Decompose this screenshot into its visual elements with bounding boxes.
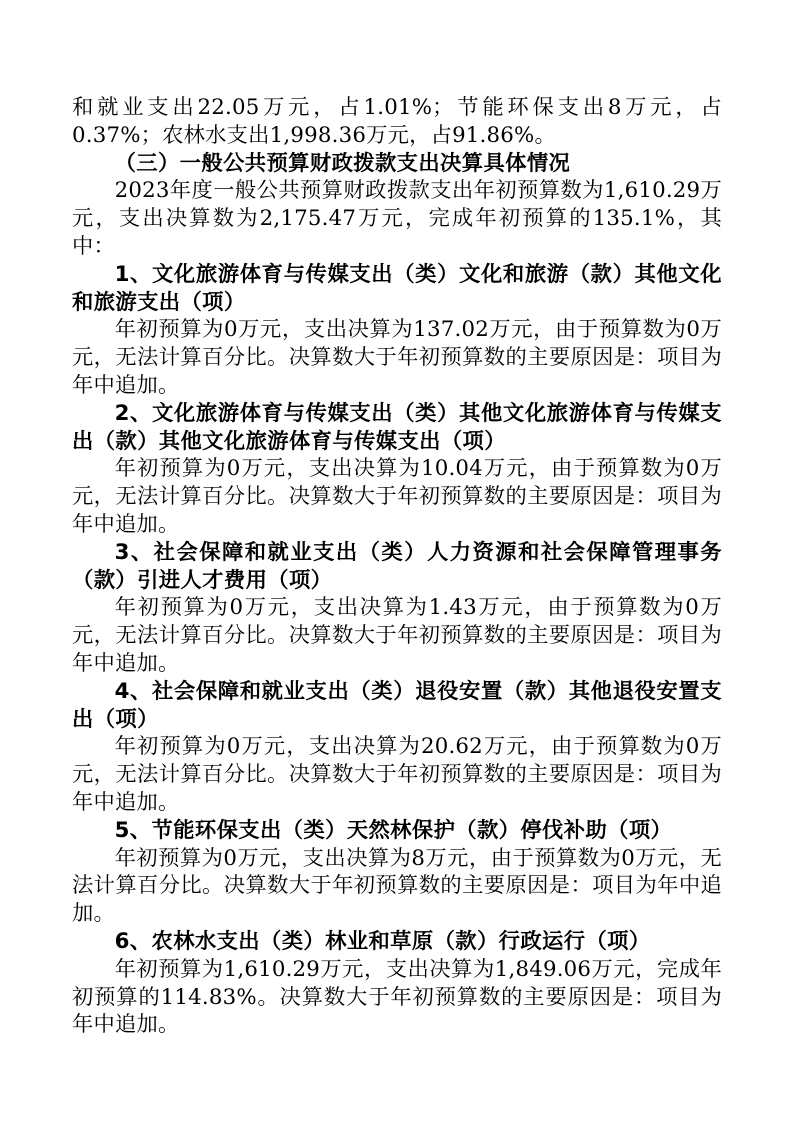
section-heading: 6、农林水支出（类）林业和草原（款）行政运行（项） (72, 928, 722, 956)
body-paragraph: 年初预算为0万元，支出决算为8万元，由于预算数为0万元，无法计算百分比。决算数大… (72, 845, 722, 928)
section-heading: 1、文化旅游体育与传媒支出（类）文化和旅游（款）其他文化和旅游支出（项） (72, 261, 722, 317)
body-paragraph: 年初预算为1,610.29万元，支出决算为1,849.06万元，完成年初预算的1… (72, 956, 722, 1039)
section-heading: 3、社会保障和就业支出（类）人力资源和社会保障管理事务（款）引进人才费用（项） (72, 539, 722, 595)
body-paragraph: 年初预算为0万元，支出决算为1.43万元，由于预算数为0万元，无法计算百分比。决… (72, 594, 722, 677)
section-heading: 4、社会保障和就业支出（类）退役安置（款）其他退役安置支出（项） (72, 678, 722, 734)
document-content: 和就业支出22.05万元，占1.01%；节能环保支出8万元，占0.37%；农林水… (72, 94, 722, 1039)
body-paragraph: 年初预算为0万元，支出决算为20.62万元，由于预算数为0万元，无法计算百分比。… (72, 733, 722, 816)
section-heading: 5、节能环保支出（类）天然林保护（款）停伐补助（项） (72, 817, 722, 845)
body-paragraph: 年初预算为0万元，支出决算为137.02万元，由于预算数为0万元，无法计算百分比… (72, 316, 722, 399)
body-paragraph: 年初预算为0万元，支出决算为10.04万元，由于预算数为0万元，无法计算百分比。… (72, 455, 722, 538)
section-heading: 2、文化旅游体育与传媒支出（类）其他文化旅游体育与传媒支出（款）其他文化旅游体育… (72, 400, 722, 456)
document-page: 和就业支出22.05万元，占1.01%；节能环保支出8万元，占0.37%；农林水… (0, 0, 793, 1122)
body-paragraph: 2023年度一般公共预算财政拨款支出年初预算数为1,610.29万元，支出决算数… (72, 177, 722, 260)
section-heading: （三）一般公共预算财政拨款支出决算具体情况 (72, 150, 722, 178)
body-paragraph: 和就业支出22.05万元，占1.01%；节能环保支出8万元，占0.37%；农林水… (72, 94, 722, 150)
